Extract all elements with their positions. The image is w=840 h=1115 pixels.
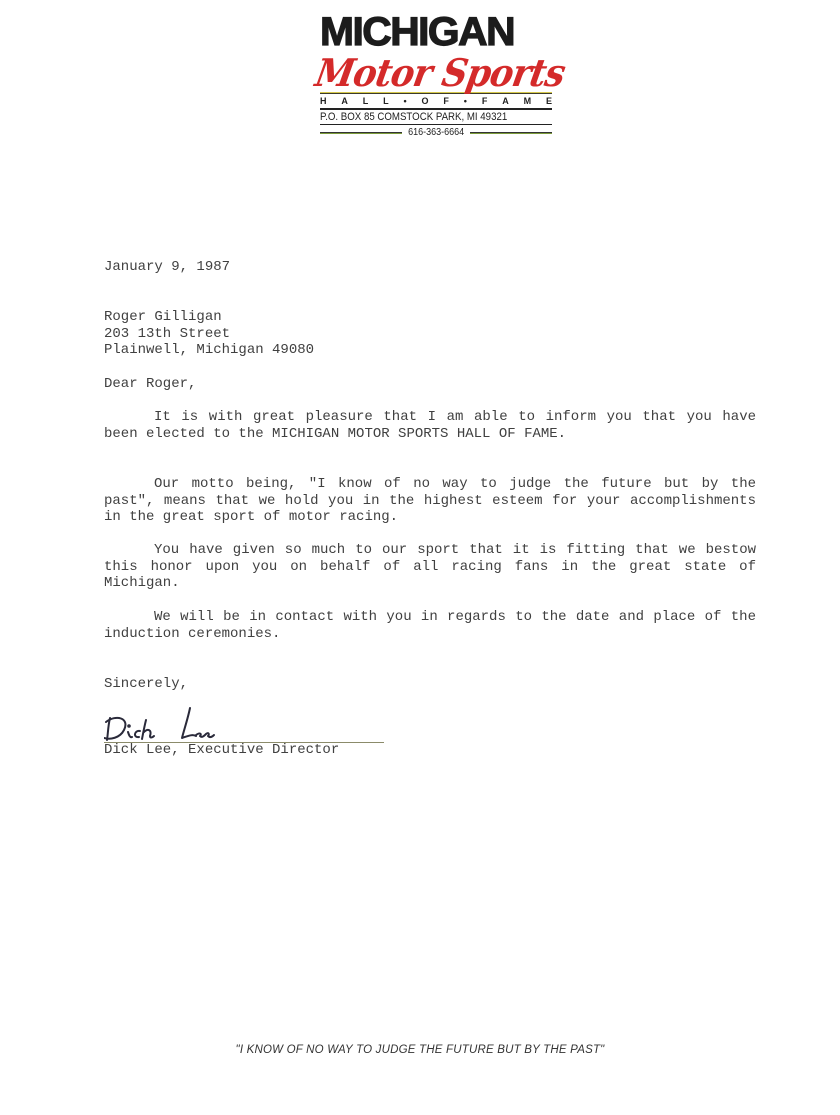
paragraph-4-text: We will be in contact with you in regard… [104,609,756,642]
closing: Sincerely, [104,676,188,693]
hall-of-fame-letter: O [422,96,429,107]
divider-line [470,132,552,134]
recipient-street: 203 13th Street [104,326,230,343]
recipient-name: Roger Gilligan [104,309,222,326]
recipient-city-state-zip: Plainwell, Michigan 49080 [104,342,314,359]
letterhead-phone: 616-363-6664 [405,127,466,138]
letterhead: MICHIGAN Motor Sports HALL•OF•FAME P.O. … [316,12,556,138]
hall-of-fame-letter: A [502,96,509,107]
signature-image: Dick Lee [104,700,224,744]
hall-of-fame-letter: • [404,96,407,107]
signer-name-title: Dick Lee, Executive Director [104,742,339,759]
hall-of-fame-letter: F [482,96,488,107]
hall-of-fame-letter: M [524,96,532,107]
letterhead-phone-row: 616-363-6664 [320,127,552,138]
paragraph-1-text: It is with great pleasure that I am able… [104,409,756,442]
paragraph-2: Our motto being, "I know of no way to ju… [104,476,756,526]
salutation: Dear Roger, [104,376,196,393]
hall-of-fame-letter: A [341,96,348,107]
paragraph-2-text: Our motto being, "I know of no way to ju… [104,476,756,525]
hall-of-fame-letter: • [464,96,467,107]
hall-of-fame-letter: L [363,96,369,107]
hall-of-fame-letter: L [383,96,389,107]
letterhead-hall-of-fame: HALL•OF•FAME [320,94,552,108]
footer-motto: "I KNOW OF NO WAY TO JUDGE THE FUTURE BU… [0,1044,840,1056]
letterhead-rule-bottom [320,124,552,125]
letterhead-michigan: MICHIGAN [320,12,561,52]
letterhead-motor-sports: Motor Sports [313,54,541,92]
divider-line [320,132,402,134]
paragraph-3: You have given so much to our sport that… [104,542,756,592]
paragraph-4: We will be in contact with you in regard… [104,609,756,642]
hall-of-fame-letter: E [546,96,552,107]
paragraph-1: It is with great pleasure that I am able… [104,409,756,442]
signature-block: Dick Lee Dick Lee, Executive Director [104,700,394,760]
hall-of-fame-letter: F [443,96,449,107]
hall-of-fame-letter: H [320,96,327,107]
letter-date: January 9, 1987 [104,259,230,276]
letterhead-address: P.O. BOX 85 COMSTOCK PARK, MI 49321 [320,110,552,124]
paragraph-3-text: You have given so much to our sport that… [104,542,756,591]
